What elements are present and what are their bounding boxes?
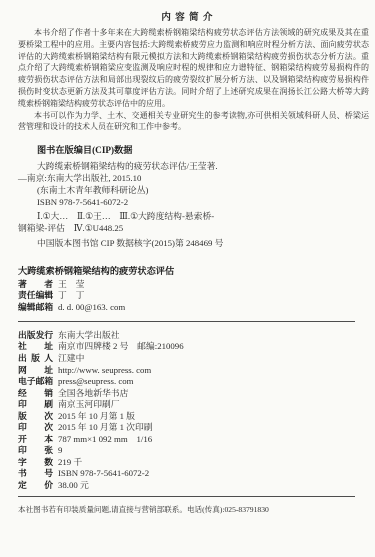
- row-value: 王 莹: [58, 279, 84, 289]
- row-label: 字数: [18, 457, 53, 469]
- book-info-row: 责任编辑丁 丁: [18, 290, 369, 302]
- intro-paragraph: 本书介绍了作者十多年来在大跨缆索桥钢箱梁结构疲劳状态评估方法领域的研究成果及其在…: [18, 27, 369, 110]
- publication-row: 印次2015 年 10 月第 1 次印刷: [18, 422, 369, 434]
- book-info-row: 编辑邮箱d. d. 00@163. com: [18, 302, 369, 314]
- divider-rule: [18, 321, 355, 322]
- row-value: press@seupress. com: [58, 376, 134, 386]
- content-summary-section: 本书介绍了作者十多年来在大跨缆索桥钢箱梁结构疲劳状态评估方法领域的研究成果及其在…: [18, 27, 369, 133]
- row-label: 开本: [18, 434, 53, 446]
- publication-row: 定价38.00 元: [18, 480, 369, 492]
- book-info-section: 大跨缆索桥钢箱梁结构的疲劳状态评估 著者王 莹 责任编辑丁 丁 编辑邮箱d. d…: [18, 265, 369, 314]
- row-label: 责任编辑: [18, 290, 53, 302]
- publication-row: 出版人江建中: [18, 353, 369, 365]
- row-value: 东南大学出版社: [58, 330, 120, 340]
- row-label: 印刷: [18, 399, 53, 411]
- row-value: 787 mm×1 092 mm 1/16: [58, 434, 152, 444]
- publication-row: 经销全国各地新华书店: [18, 388, 369, 400]
- row-value: http://www. seupress. com: [58, 365, 151, 375]
- intro-paragraph: 本书可以作为力学、土木、交通相关专业研究生的参考读物,亦可供相关领域科研人员、桥…: [18, 110, 369, 134]
- row-value: 38.00 元: [58, 480, 89, 490]
- cip-classification-line: 钢箱梁-评估 Ⅳ.①U448.25: [18, 223, 369, 235]
- row-value: 9: [58, 445, 62, 455]
- publication-info-section: 出版发行东南大学出版社 社址南京市四牌楼 2 号 邮编:210096 出版人江建…: [18, 330, 369, 492]
- row-label: 定价: [18, 480, 53, 492]
- row-label: 电子邮箱: [18, 376, 53, 388]
- publication-row: 字数219 千: [18, 457, 369, 469]
- row-value: ISBN 978-7-5641-6072-2: [58, 468, 149, 478]
- cip-section: 大跨缆索桥钢箱梁结构的疲劳状态评估/王莹著. —南京:东南大学出版社, 2015…: [18, 161, 369, 250]
- row-value: 全国各地新华书店: [58, 388, 128, 398]
- row-label: 版次: [18, 411, 53, 423]
- cip-series-line: (东南土木青年教师科研论丛): [18, 185, 369, 197]
- row-value: 2015 年 10 月第 1 次印刷: [58, 422, 153, 432]
- row-label: 经销: [18, 388, 53, 400]
- cip-isbn-line: ISBN 978-7-5641-6072-2: [18, 197, 369, 209]
- row-value: 2015 年 10 月第 1 版: [58, 411, 135, 421]
- quality-notice: 本社图书若有印装质量问题,请直接与营销部联系。电话(传真):025-837918…: [18, 504, 369, 515]
- row-value: d. d. 00@163. com: [58, 302, 125, 312]
- row-label: 印张: [18, 445, 53, 457]
- publication-row: 社址南京市四牌楼 2 号 邮编:210096: [18, 341, 369, 353]
- row-label: 出版人: [18, 353, 53, 365]
- row-value: 丁 丁: [58, 290, 84, 300]
- cip-publisher-line: —南京:东南大学出版社, 2015.10: [18, 173, 369, 185]
- book-title: 大跨缆索桥钢箱梁结构的疲劳状态评估: [18, 265, 369, 277]
- divider-rule: [18, 496, 355, 497]
- row-value: 南京市四牌楼 2 号 邮编:210096: [58, 341, 184, 351]
- row-label: 印次: [18, 422, 53, 434]
- content-summary-heading: 内 容 简 介: [0, 0, 375, 23]
- publication-row: 印张9: [18, 445, 369, 457]
- row-value: 219 千: [58, 457, 82, 467]
- row-label: 出版发行: [18, 330, 53, 342]
- row-value: 江建中: [58, 353, 84, 363]
- row-label: 著者: [18, 279, 53, 291]
- publication-row: 出版发行东南大学出版社: [18, 330, 369, 342]
- copyright-page: 内 容 简 介 本书介绍了作者十多年来在大跨缆索桥钢箱梁结构疲劳状态评估方法领域…: [0, 0, 375, 557]
- row-label: 书号: [18, 468, 53, 480]
- publication-row: 网址http://www. seupress. com: [18, 365, 369, 377]
- cip-heading: 图书在版编目(CIP)数据: [37, 142, 369, 156]
- publication-row: 印刷南京玉河印刷厂: [18, 399, 369, 411]
- cip-classification-line: Ⅰ.①大… Ⅱ.①王… Ⅲ.①大跨度结构-悬索桥-: [18, 211, 369, 223]
- cip-title-line: 大跨缆索桥钢箱梁结构的疲劳状态评估/王莹著.: [18, 161, 369, 173]
- row-label: 网址: [18, 365, 53, 377]
- row-label: 编辑邮箱: [18, 302, 53, 314]
- cip-record-line: 中国版本图书馆 CIP 数据核字(2015)第 248469 号: [18, 238, 369, 250]
- publication-row: 书号ISBN 978-7-5641-6072-2: [18, 468, 369, 480]
- publication-row: 版次2015 年 10 月第 1 版: [18, 411, 369, 423]
- publication-row: 电子邮箱press@seupress. com: [18, 376, 369, 388]
- book-info-row: 著者王 莹: [18, 279, 369, 291]
- row-label: 社址: [18, 341, 53, 353]
- row-value: 南京玉河印刷厂: [58, 399, 120, 409]
- publication-row: 开本787 mm×1 092 mm 1/16: [18, 434, 369, 446]
